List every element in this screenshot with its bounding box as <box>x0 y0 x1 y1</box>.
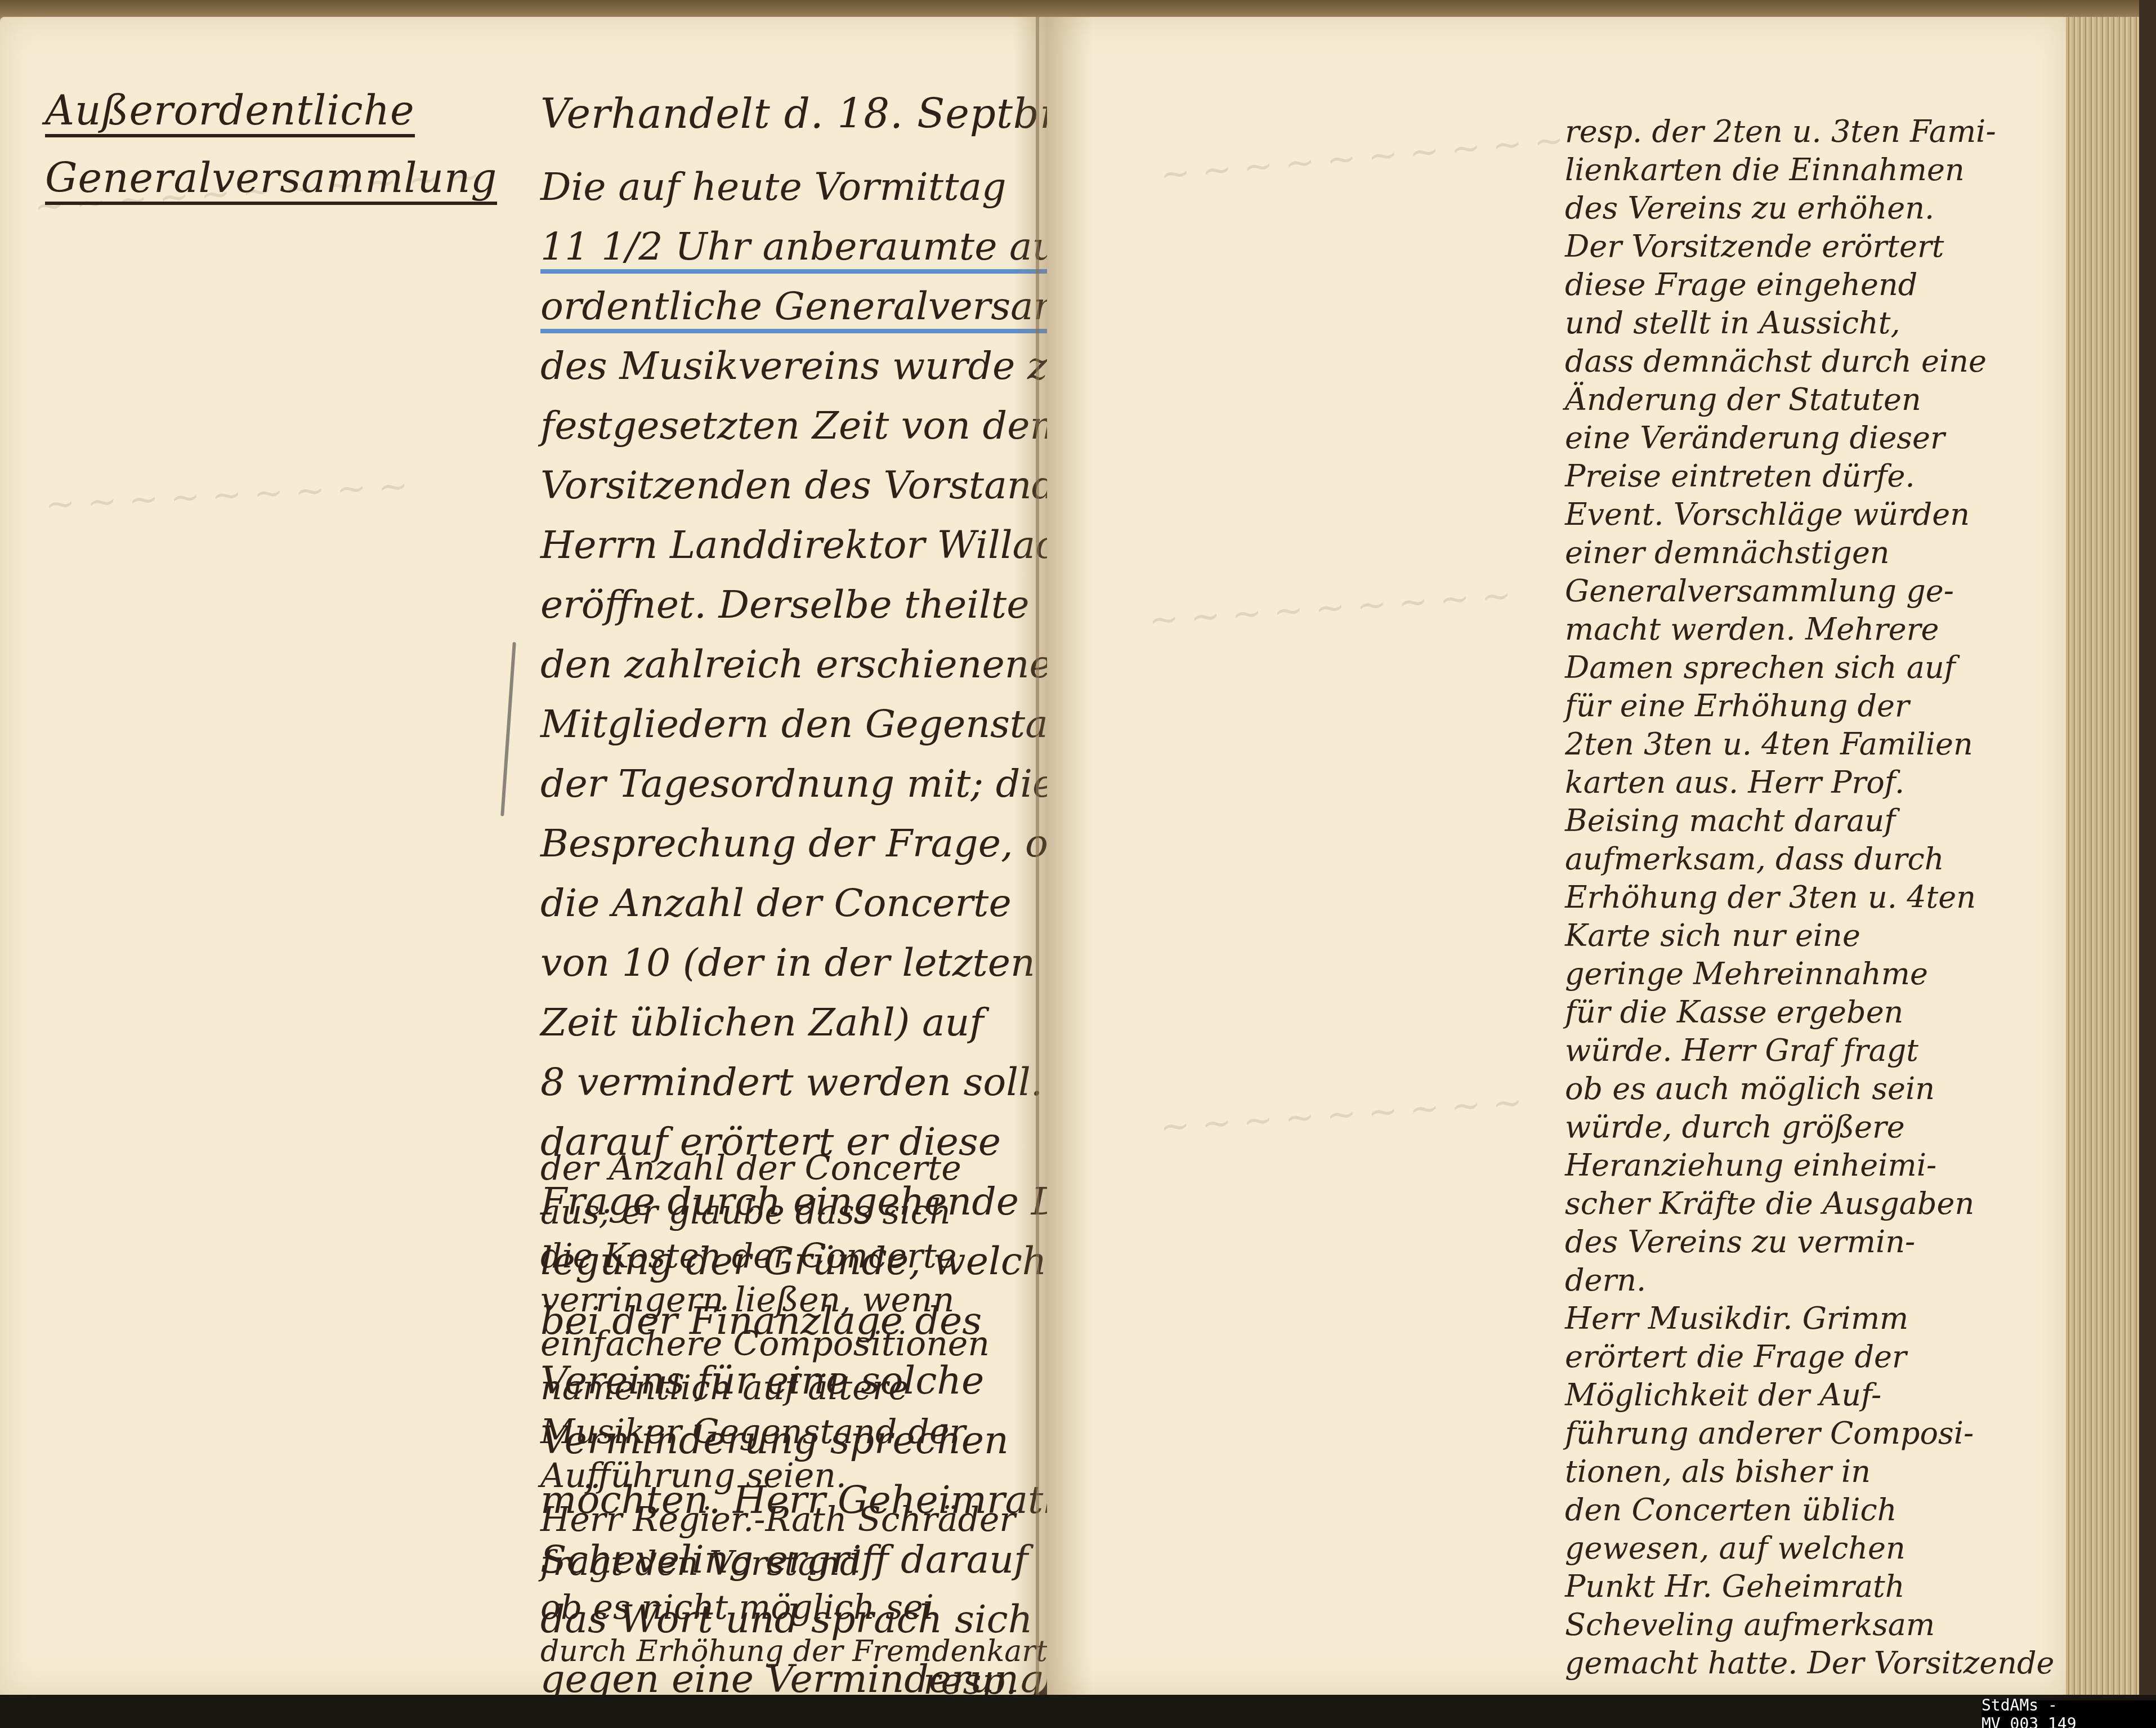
text-line: aufmerksam, dass durch <box>1565 840 2054 878</box>
text-line: Änderung der Statuten <box>1565 381 2054 419</box>
margin-heading-line2: Generalversammlung <box>45 158 497 205</box>
text-line: Event. Vorschläge würden <box>1565 495 2054 534</box>
text-line: Scheveling aufmerksam <box>1565 1606 2054 1644</box>
bleed-through-text: ~ ~ ~ ~ ~ ~ ~ ~ ~ <box>1147 568 1513 649</box>
text-line: scher Kräfte die Ausgaben <box>1565 1185 2054 1223</box>
text-line: macht werden. Mehrere <box>1565 610 2054 649</box>
text-line: führung anderer Composi- <box>1565 1414 2054 1453</box>
text-line: Karte sich nur eine <box>1565 917 2054 955</box>
text-line: Heranziehung einheimi- <box>1565 1146 2054 1185</box>
text-line: lienkarten die Einnahmen <box>1565 151 2054 189</box>
text-line: Damen sprechen sich auf <box>1565 649 2054 687</box>
text-line: namentlich auf ältere <box>540 1366 1084 1410</box>
right-page: ~ ~ ~ ~ ~ ~ ~ ~ ~ ~ ~ ~ ~ ~ ~ ~ ~ ~ ~ ~ … <box>1047 17 2066 1695</box>
text-line: die Kosten der Concerte <box>540 1234 1084 1278</box>
text-line: der Anzahl der Concerte <box>540 1146 1084 1190</box>
text-line: ob es nicht möglich sei <box>540 1586 1084 1629</box>
left-page-body-continued: der Anzahl der Concerte aus; er glaube d… <box>540 1146 1084 1673</box>
text-line: einer demnächstigen <box>1565 534 2054 572</box>
right-page-body: resp. der 2ten u. 3ten Fami- lienkarten … <box>1565 113 2054 1682</box>
left-page: ~ ~ ~ ~ ~ ~ ~ ~ ~ ~ ~ ~ ~ ~ ~ ~ ~ ~ ~ ~ … <box>0 17 1047 1695</box>
text-line: dern. <box>1565 1261 2054 1300</box>
text-line: tionen, als bisher in <box>1565 1453 2054 1491</box>
bleed-through-text: ~ ~ ~ ~ ~ ~ ~ ~ ~ <box>44 458 410 533</box>
page-block-edges <box>2066 17 2139 1695</box>
text-line: würde, durch größere <box>1565 1108 2054 1146</box>
text-line: resp. der 2ten u. 3ten Fami- <box>1565 113 2054 151</box>
text-line: fragt den Vorstand <box>540 1542 1084 1586</box>
text-line: und stellt in Aussicht, <box>1565 304 2054 342</box>
bleed-through-text: ~ ~ ~ ~ ~ ~ ~ ~ ~ <box>1158 1074 1524 1156</box>
text-line: aus; er glaube dass sich <box>540 1190 1084 1234</box>
scan-background-bottom <box>0 1695 2156 1728</box>
book-gutter <box>1036 17 1039 1695</box>
text-line: karten aus. Herr Prof. <box>1565 763 2054 802</box>
text-line: des Vereins zu erhöhen. <box>1565 189 2054 227</box>
text-line: 2ten 3ten u. 4ten Familien <box>1565 725 2054 763</box>
text-line: Herr Musikdir. Grimm <box>1565 1300 2054 1338</box>
pencil-margin-mark <box>500 642 516 816</box>
text-line: geringe Mehreinnahme <box>1565 955 2054 993</box>
text-line: Musiker Gegenstand der <box>540 1410 1084 1454</box>
text-line: gewesen, auf welchen <box>1565 1529 2054 1568</box>
text-line: den Concerten üblich <box>1565 1491 2054 1529</box>
text-line: diese Frage eingehend <box>1565 266 2054 304</box>
text-line: Erhöhung der 3ten u. 4ten <box>1565 878 2054 917</box>
text-line: Aufführung seien. <box>540 1454 1084 1498</box>
text-line: würde. Herr Graf fragt <box>1565 1032 2054 1070</box>
text-line: einfachere Compositionen <box>540 1322 1084 1366</box>
text-line: Herr Regier.-Rath Schräder <box>540 1498 1084 1542</box>
archive-reference-label: StdAMs - MV_003_149 <box>1981 1700 2156 1728</box>
text-line: erörtert die Frage der <box>1565 1338 2054 1376</box>
text-line: dass demnächst durch eine <box>1565 342 2054 381</box>
text-line: für eine Erhöhung der <box>1565 687 2054 725</box>
bleed-through-text: ~ ~ ~ ~ ~ ~ ~ ~ ~ ~ <box>1158 112 1566 203</box>
text-line: Der Vorsitzende erörtert <box>1565 227 2054 266</box>
text-line: Punkt Hr. Geheimrath <box>1565 1568 2054 1606</box>
text-line: Generalversammlung ge- <box>1565 572 2054 610</box>
text-line: ob es auch möglich sein <box>1565 1070 2054 1108</box>
text-line: Beising macht darauf <box>1565 802 2054 840</box>
text-line: verringern ließen, wenn <box>540 1278 1084 1322</box>
text-line: Preise eintreten dürfe. <box>1565 457 2054 495</box>
margin-heading-line1: Außerordentliche <box>45 90 415 137</box>
text-line: eine Veränderung dieser <box>1565 419 2054 457</box>
text-line: für die Kasse ergeben <box>1565 993 2054 1032</box>
text-line: Möglichkeit der Auf- <box>1565 1376 2054 1414</box>
book-cover-edge <box>2139 0 2156 1728</box>
text-line: des Vereins zu vermin- <box>1565 1223 2054 1261</box>
text-line: gemacht hatte. Der Vorsitzende <box>1565 1644 2054 1682</box>
